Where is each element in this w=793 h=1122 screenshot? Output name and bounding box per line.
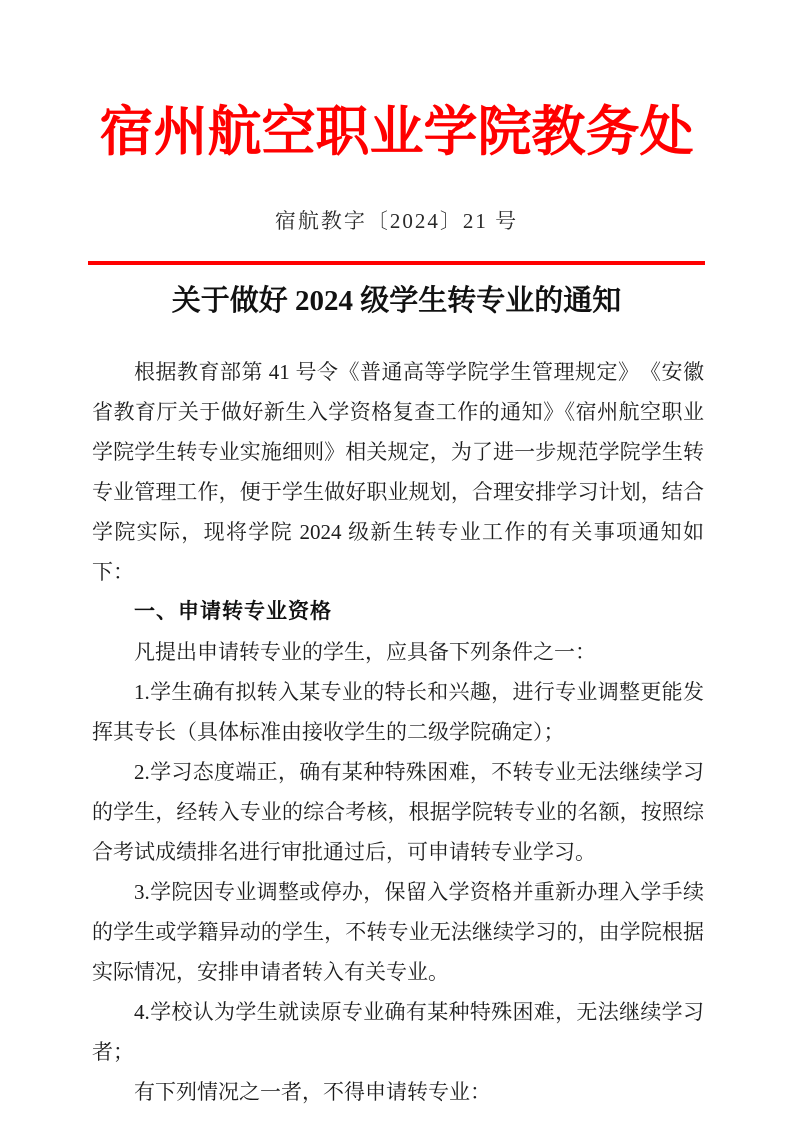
red-header-divider (88, 261, 705, 265)
document-number: 宿航教字〔2024〕21 号 (0, 205, 793, 237)
notice-document-page: 宿州航空职业学院教务处 宿航教字〔2024〕21 号 关于做好 2024 级学生… (0, 0, 793, 1122)
document-body: 根据教育部第 41 号令《普通高等学院学生管理规定》 《安徽省教育厅关于做好新生… (92, 352, 704, 1112)
list-item-3: 3.学院因专业调整或停办，保留入学资格并重新办理入学手续的学生或学籍异动的学生，… (92, 872, 704, 992)
list-item-1: 1.学生确有拟转入某专业的特长和兴趣，进行专业调整更能发挥其专长（具体标准由接收… (92, 672, 704, 752)
list-item-4: 4.学校认为学生就读原专业确有某种特殊困难，无法继续学习者； (92, 992, 704, 1072)
list-item-2: 2.学习态度端正，确有某种特殊困难，不转专业无法继续学习的学生，经转入专业的综合… (92, 752, 704, 872)
paragraph-intro: 根据教育部第 41 号令《普通高等学院学生管理规定》 《安徽省教育厅关于做好新生… (92, 352, 704, 592)
paragraph-restrictions-lead: 有下列情况之一者，不得申请转专业： (92, 1072, 704, 1112)
section-heading-1: 一、申请转专业资格 (92, 592, 704, 632)
paragraph-conditions-lead: 凡提出申请转专业的学生，应具备下列条件之一： (92, 632, 704, 672)
org-title: 宿州航空职业学院教务处 (0, 92, 793, 172)
document-title: 关于做好 2024 级学生转专业的通知 (0, 280, 793, 322)
